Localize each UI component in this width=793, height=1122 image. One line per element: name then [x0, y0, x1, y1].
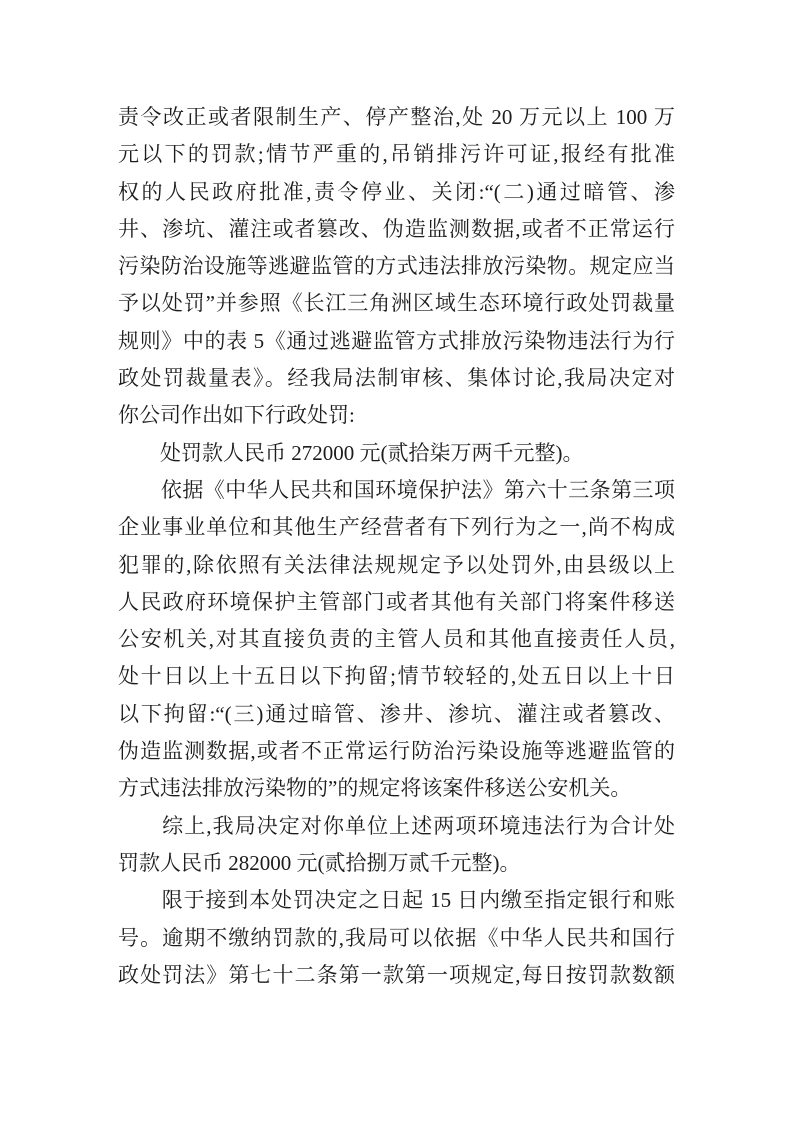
document-line-penalty-amount: 处罚款人民币 272000 元(贰拾柒万两千元整)。	[118, 435, 675, 472]
document-line: 号。逾期不缴纳罚款的,我局可以依据《中华人民共和国行	[118, 920, 675, 957]
document-line: 责令改正或者限制生产、停产整治,处 20 万元以上 100 万	[118, 99, 675, 136]
document-line: 人民政府环境保护主管部门或者其他有关部门将案件移送	[118, 584, 675, 621]
document-line: 企业事业单位和其他生产经营者有下列行为之一,尚不构成	[118, 509, 675, 546]
document-page: 责令改正或者限制生产、停产整治,处 20 万元以上 100 万 元以下的罚款;情…	[0, 0, 793, 1122]
document-line: 限于接到本处罚决定之日起 15 日内缴至指定银行和账	[118, 882, 675, 919]
document-line: 犯罪的,除依照有关法律法规规定予以处罚外,由县级以上	[118, 547, 675, 584]
document-line: 政处罚法》第七十二条第一款第一项规定,每日按罚款数额	[118, 957, 675, 994]
document-line: 公安机关,对其直接负责的主管人员和其他直接责任人员,	[118, 621, 675, 658]
document-line: 污染防治设施等逃避监管的方式违法排放污染物。规定应当	[118, 248, 675, 285]
document-line: 政处罚裁量表》。经我局法制审核、集体讨论,我局决定对	[118, 360, 675, 397]
document-line: 处十日以上十五日以下拘留;情节较轻的,处五日以上十日	[118, 658, 675, 695]
document-line: 井、渗坑、灌注或者篡改、伪造监测数据,或者不正常运行	[118, 211, 675, 248]
document-line: 以下拘留:“(三)通过暗管、渗井、渗坑、灌注或者篡改、	[118, 696, 675, 733]
document-line: 规则》中的表 5《通过逃避监管方式排放污染物违法行为行	[118, 323, 675, 360]
document-line: 伪造监测数据,或者不正常运行防治污染设施等逃避监管的	[118, 733, 675, 770]
document-line: 你公司作出如下行政处罚:	[118, 397, 675, 434]
document-text-block: 责令改正或者限制生产、停产整治,处 20 万元以上 100 万 元以下的罚款;情…	[118, 99, 675, 994]
document-line-total-amount: 罚款人民币 282000 元(贰拾捌万贰千元整)。	[118, 845, 675, 882]
document-line: 方式违法排放污染物的”的规定将该案件移送公安机关。	[118, 770, 675, 807]
document-line: 综上,我局决定对你单位上述两项环境违法行为合计处	[118, 808, 675, 845]
document-line: 依据《中华人民共和国环境保护法》第六十三条第三项	[118, 472, 675, 509]
document-line: 元以下的罚款;情节严重的,吊销排污许可证,报经有批准	[118, 136, 675, 173]
document-line: 予以处罚”并参照《长江三角洲区域生态环境行政处罚裁量	[118, 285, 675, 322]
document-line: 权的人民政府批准,责令停业、关闭:“(二)通过暗管、渗	[118, 174, 675, 211]
